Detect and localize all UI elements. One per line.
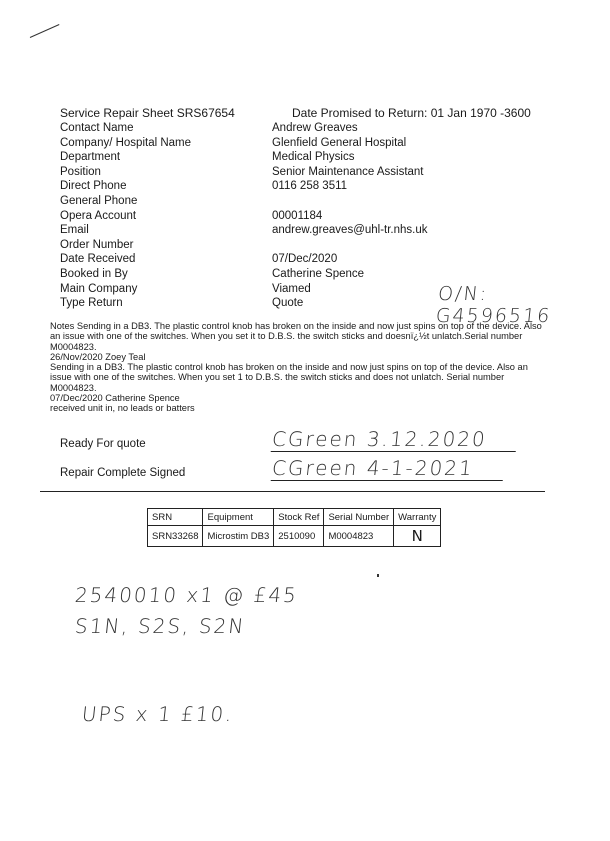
table-cell: M0004823 [324,526,394,547]
notes-line: issue with one of the switches. When you… [50,372,590,382]
field-position: PositionSenior Maintenance Assistant [60,165,428,180]
field-label: Opera Account [60,209,272,224]
column-header: Equipment [203,509,274,526]
field-booked-in-by: Booked in ByCatherine Spence [60,267,428,282]
field-value: Senior Maintenance Assistant [272,165,424,180]
field-value: andrew.greaves@uhl-tr.nhs.uk [272,223,428,238]
field-value: 00001184 [272,209,322,224]
ready-for-quote-signature: CGreen 3.12.2020 [271,427,518,452]
field-label: Type Return [60,296,272,311]
column-header: Stock Ref [274,509,324,526]
table-cell: 2510090 [274,526,324,547]
handwritten-note: S1N, S2S, S2N [74,614,247,638]
notes-line: 26/Nov/2020 Zoey Teal [50,352,590,362]
pen-mark [30,24,60,38]
sheet-title: Service Repair Sheet SRS67654 [60,106,235,120]
column-header: Serial Number [324,509,394,526]
table-row: SRN33268 Microstim DB3 2510090 M0004823 … [148,526,441,547]
divider [40,491,545,492]
column-header: Warranty [394,509,441,526]
notes-line: M0004823. [50,342,590,352]
table-cell: Microstim DB3 [203,526,274,547]
field-contact-name: Contact NameAndrew Greaves [60,121,428,136]
notes-line: Notes Sending in a DB3. The plastic cont… [50,321,590,331]
repair-complete-signature: CGreen 4-1-2021 [271,456,505,481]
field-label: Direct Phone [60,179,272,194]
field-value: Glenfield General Hospital [272,136,406,151]
field-value: 0116 258 3511 [272,179,347,194]
field-label: General Phone [60,194,272,209]
field-label: Position [60,165,272,180]
field-value: Catherine Spence [272,267,364,282]
parts-table: SRN Equipment Stock Ref Serial Number Wa… [147,508,441,547]
notes-line: M0004823. [50,383,590,393]
field-value: Viamed [272,282,311,297]
field-direct-phone: Direct Phone0116 258 3511 [60,179,428,194]
notes-line: received unit in, no leads or batters [50,403,590,413]
field-label: Main Company [60,282,272,297]
warranty-cell: N [394,526,441,547]
ready-for-quote-label: Ready For quote [60,438,146,450]
field-value: 07/Dec/2020 [272,252,337,267]
table-header-row: SRN Equipment Stock Ref Serial Number Wa… [148,509,441,526]
field-label: Contact Name [60,121,272,136]
notes-section: Notes Sending in a DB3. The plastic cont… [50,321,590,414]
field-email: Emailandrew.greaves@uhl-tr.nhs.uk [60,223,428,238]
ink-dot [377,574,379,577]
field-department: DepartmentMedical Physics [60,150,428,165]
notes-line: 07/Dec/2020 Catherine Spence [50,393,590,403]
field-label: Order Number [60,238,272,253]
table-cell: SRN33268 [148,526,203,547]
repair-complete-label: Repair Complete Signed [60,467,185,479]
field-value: Medical Physics [272,150,354,165]
field-type-return: Type ReturnQuote [60,296,428,311]
field-main-company: Main CompanyViamed [60,282,428,297]
field-label: Company/ Hospital Name [60,136,272,151]
column-header: SRN [148,509,203,526]
field-label: Department [60,150,272,165]
field-general-phone: General Phone [60,194,428,209]
notes-line: Sending in a DB3. The plastic control kn… [50,362,590,372]
field-label: Date Received [60,252,272,267]
notes-line: an issue with one of the switches. When … [50,331,590,341]
field-order-number: Order Number [60,238,428,253]
contact-fields: Contact NameAndrew Greaves Company/ Hosp… [60,121,428,311]
date-promised: Date Promised to Return: 01 Jan 1970 -36… [292,106,531,120]
field-company: Company/ Hospital NameGlenfield General … [60,136,428,151]
handwritten-note: UPS x 1 £10. [81,702,235,726]
field-label: Booked in By [60,267,272,282]
handwritten-note: 2540010 x1 @ £45 [74,583,299,607]
field-value: Quote [272,296,303,311]
field-label: Email [60,223,272,238]
field-opera-account: Opera Account00001184 [60,209,428,224]
field-value: Andrew Greaves [272,121,358,136]
field-date-received: Date Received07/Dec/2020 [60,252,428,267]
